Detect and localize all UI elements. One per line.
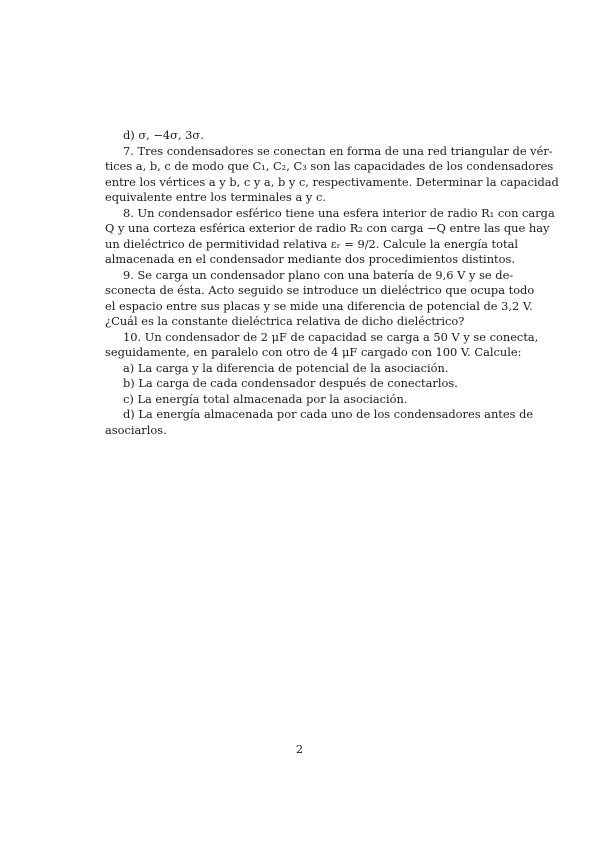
problem-10-part-c: c) La energía total almacenada por la as…	[105, 392, 498, 408]
page-number: 2	[0, 742, 599, 756]
problem-9-line: 9. Se carga un condensador plano con una…	[105, 268, 498, 284]
problem-8-line: un dieléctrico de permitividad relativa …	[105, 237, 498, 253]
problem-10-part-d: d) La energía almacenada por cada uno de…	[105, 407, 498, 423]
problem-text: d) σ, −4σ, 3σ. 7. Tres condensadores se …	[105, 128, 498, 438]
problem-8-line: 8. Un condensador esférico tiene una esf…	[105, 206, 498, 222]
problem-10-line: seguidamente, en paralelo con otro de 4 …	[105, 345, 498, 361]
problem-9-line: el espacio entre sus placas y se mide un…	[105, 299, 498, 315]
problem-7-line: tices a, b, c de modo que C₁, C₂, C₃ son…	[105, 159, 498, 175]
answer-option-d: d) σ, −4σ, 3σ.	[105, 128, 498, 144]
problem-9-line: sconecta de ésta. Acto seguido se introd…	[105, 283, 498, 299]
problem-8-line: Q y una corteza esférica exterior de rad…	[105, 221, 498, 237]
problem-7-line: 7. Tres condensadores se conectan en for…	[105, 144, 498, 160]
problem-10-part-a: a) La carga y la diferencia de potencial…	[105, 361, 498, 377]
problem-8-line: almacenada en el condensador mediante do…	[105, 252, 498, 268]
document-page: d) σ, −4σ, 3σ. 7. Tres condensadores se …	[0, 0, 599, 848]
problem-9-line: ¿Cuál es la constante dieléctrica relati…	[105, 314, 498, 330]
problem-10-part-d: asociarlos.	[105, 423, 498, 439]
problem-10-line: 10. Un condensador de 2 μF de capacidad …	[105, 330, 498, 346]
problem-7-line: entre los vértices a y b, c y a, b y c, …	[105, 175, 498, 191]
problem-10-part-b: b) La carga de cada condensador después …	[105, 376, 498, 392]
problem-7-line: equivalente entre los terminales a y c.	[105, 190, 498, 206]
